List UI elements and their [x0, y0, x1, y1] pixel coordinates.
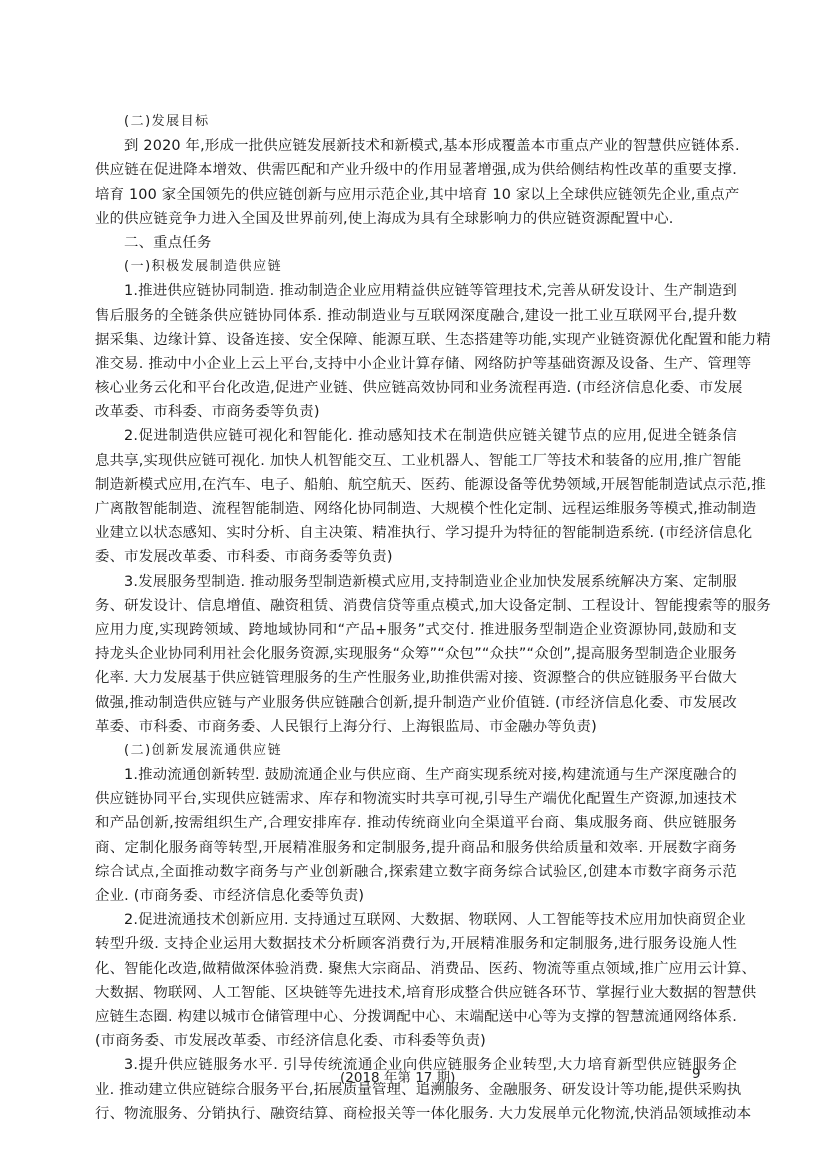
paragraph-line: 转型升级. 支持企业运用大数据技术分析顾客消费行为,开展精准服务和定制服务,进行… [95, 932, 737, 956]
paragraph-line: 3.发展服务型制造. 推动服务型制造新模式应用,支持制造业企业加快发展系统解决方… [95, 570, 737, 594]
paragraph-line: 2.促进制造供应链可视化和智能化. 推动感知技术在制造供应链关键节点的应用,促进… [95, 424, 737, 448]
paragraph-line: 据采集、边缘计算、设备连接、安全保障、能源互联、生态搭建等功能,实现产业链资源优… [95, 328, 737, 352]
paragraph-line: 改革委、市科委、市商务委等负责) [95, 400, 737, 424]
paragraph-line: 售后服务的全链条供应链协同体系. 推动制造业与互联网深度融合,建设一批工业互联网… [95, 304, 737, 328]
paragraph-line: 培育 100 家全国领先的供应链创新与应用示范企业,其中培育 10 家以上全球供… [95, 183, 737, 207]
paragraph-line: 应链生态圈. 构建以城市仓储管理中心、分拨调配中心、末端配送中心等为支撑的智慧流… [95, 1005, 737, 1029]
paragraph-line: 2.促进流通技术创新应用. 支持通过互联网、大数据、物联网、人工智能等技术应用加… [95, 908, 737, 932]
paragraph-line: 核心业务云化和平台化改造,促进产业链、供应链高效协同和业务流程再造. (市经济信… [95, 376, 737, 400]
paragraph-line: 务、研发设计、信息增值、融资租赁、消费信贷等重点模式,加大设备定制、工程设计、智… [95, 594, 737, 618]
paragraph-line: 革委、市科委、市商务委、人民银行上海分行、上海银监局、市金融办等负责) [95, 715, 737, 739]
paragraph-line: 委、市发展改革委、市科委、市商务委等负责) [95, 545, 737, 569]
paragraph-line: 供应链协同平台,实现供应链需求、库存和物流实时共享可视,引导生产端优化配置生产资… [95, 787, 737, 811]
paragraph-line: 1.推进供应链协同制造. 推动制造企业应用精益供应链等管理技术,完善从研发设计、… [95, 279, 737, 303]
paragraph-line: 化率. 大力发展基于供应链管理服务的生产性服务业,助推供需对接、资源整合的供应链… [95, 666, 737, 690]
paragraph-line: 应用力度,实现跨领域、跨地域协同和“产品+服务”式交付. 推进服务型制造企业资源… [95, 618, 737, 642]
page-number: 9 [692, 1066, 701, 1082]
paragraph-line: 企业. (市商务委、市经济信息化委等负责) [95, 884, 737, 908]
paragraph-line: 制造新模式应用,在汽车、电子、船舶、航空航天、医药、能源设备等优势领域,开展智能… [95, 473, 737, 497]
paragraph-line: 大数据、物联网、人工智能、区块链等先进技术,培育形成整合供应链各环节、掌握行业大… [95, 981, 737, 1005]
paragraph-line: 化、智能化改造,做精做深体验消费. 聚焦大宗商品、消费品、医药、物流等重点领域,… [95, 957, 737, 981]
section-heading-key-tasks: 二、重点任务 [95, 231, 737, 255]
document-page: (二)发展目标 到 2020 年,形成一批供应链发展新技术和新模式,基本形成覆盖… [95, 110, 737, 1126]
paragraph-line: 做强,推动制造供应链与产业服务供应链融合创新,提升制造产业价值链. (市经济信息… [95, 691, 737, 715]
page-footer: (2018 年第 17 期) 9 [0, 1066, 827, 1086]
paragraph-line: 和产品创新,按需组织生产,合理安排库存. 推动传统商业向全渠道平台商、集成服务商… [95, 811, 737, 835]
paragraph-line: 息共享,实现供应链可视化. 加快人机智能交互、工业机器人、智能工厂等技术和装备的… [95, 449, 737, 473]
paragraph-line: 业建立以状态感知、实时分析、自主决策、精准执行、学习提升为特征的智能制造系统. … [95, 521, 737, 545]
paragraph-line: 行、物流服务、分销执行、融资结算、商检报关等一体化服务. 大力发展单元化物流,快… [95, 1102, 737, 1126]
paragraph-line: 供应链在促进降本增效、供需匹配和产业升级中的作用显著增强,成为供给侧结构性改革的… [95, 158, 737, 182]
paragraph-line: (市商务委、市发展改革委、市经济信息化委、市科委等负责) [95, 1029, 737, 1053]
paragraph-line: 1.推动流通创新转型. 鼓励流通企业与供应商、生产商实现系统对接,构建流通与生产… [95, 763, 737, 787]
paragraph-line: 业的供应链竞争力进入全国及世界前列,使上海成为具有全球影响力的供应链资源配置中心… [95, 207, 737, 231]
paragraph-line: 综合试点,全面推动数字商务与产业创新融合,探索建立数字商务综合试验区,创建本市数… [95, 860, 737, 884]
paragraph-line: 商、定制化服务商等转型,开展精准服务和定制服务,提升商品和服务供给质量和效率. … [95, 836, 737, 860]
section-heading-development-goals: (二)发展目标 [95, 110, 737, 134]
section-heading-manufacturing: (一)积极发展制造供应链 [95, 255, 737, 279]
issue-label: (2018 年第 17 期) [340, 1066, 455, 1086]
paragraph-line: 广离散智能制造、流程智能制造、网络化协同制造、大规模个性化定制、远程运维服务等模… [95, 497, 737, 521]
paragraph-line: 准交易. 推动中小企业上云上平台,支持中小企业计算存储、网络防护等基础资源及设备… [95, 352, 737, 376]
paragraph-line: 到 2020 年,形成一批供应链发展新技术和新模式,基本形成覆盖本市重点产业的智… [95, 134, 737, 158]
section-heading-circulation: (二)创新发展流通供应链 [95, 739, 737, 763]
paragraph-line: 持龙头企业协同利用社会化服务资源,实现服务“众筹”“众包”“众扶”“众创”,提高… [95, 642, 737, 666]
